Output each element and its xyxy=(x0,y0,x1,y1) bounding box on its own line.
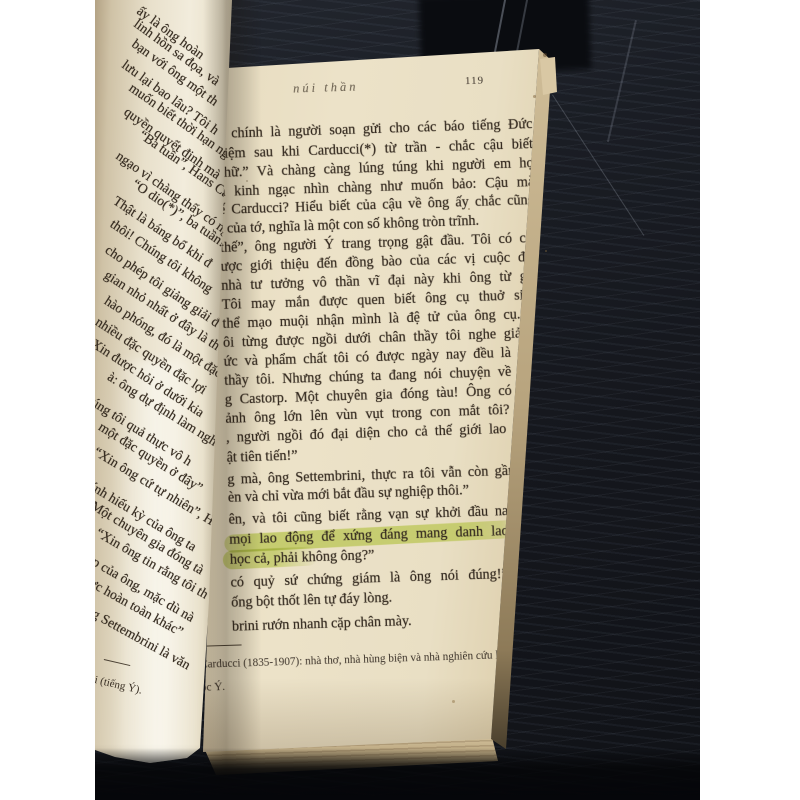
paper-speck xyxy=(246,180,248,182)
page-number: 119 xyxy=(465,75,484,88)
running-title: núi thần xyxy=(293,80,359,97)
right-page-text: núi thần 119 Carducci (1835-1907): nhà t… xyxy=(216,108,532,118)
hair-strand xyxy=(552,94,644,235)
table-surface: núi thần 119 Carducci (1835-1907): nhà t… xyxy=(95,0,700,800)
table-shadow-bottom xyxy=(95,748,700,800)
paper-speck xyxy=(468,208,470,210)
paper-speck xyxy=(545,250,547,252)
book-photo: núi thần 119 Carducci (1835-1907): nhà t… xyxy=(0,0,800,800)
paper-speck xyxy=(533,95,536,98)
paper-speck xyxy=(452,700,455,703)
paper-speck xyxy=(543,53,547,57)
light-streak xyxy=(607,20,637,142)
